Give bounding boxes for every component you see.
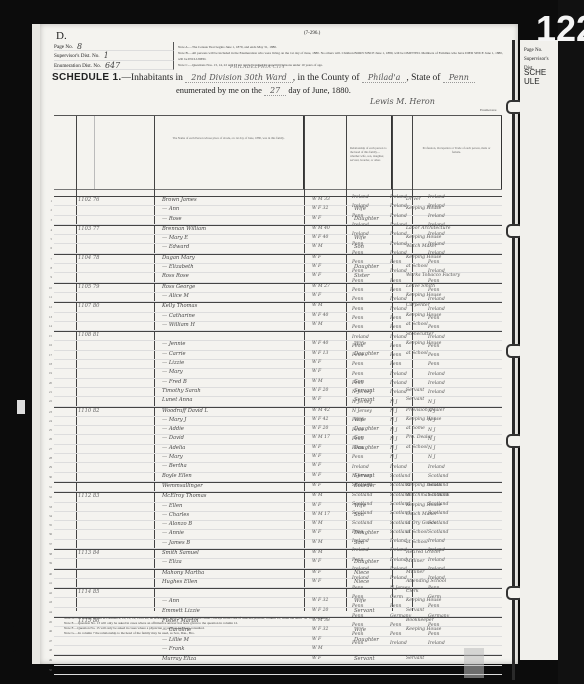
occupation: at School: [406, 322, 428, 327]
line-number: 29: [44, 465, 52, 469]
personal-description: W M: [312, 493, 323, 498]
birthplace: Penn: [352, 604, 364, 609]
father-birthplace: Ireland: [390, 232, 407, 237]
person-name: — Catharine: [162, 313, 195, 319]
line-number: 28: [44, 456, 52, 460]
father-birthplace: Ireland: [390, 372, 407, 377]
person-name: — Frank: [162, 646, 185, 652]
line-number: 41: [44, 581, 52, 585]
form-number: (7-296.): [304, 31, 320, 36]
scan-tag: [17, 400, 25, 414]
enumerated-label: enumerated by me on the: [176, 85, 262, 95]
line-number: 9: [44, 275, 52, 279]
person-name: — Ann: [162, 598, 179, 604]
person-name: — Ann: [162, 206, 179, 212]
mother-birthplace: Ireland: [428, 251, 445, 256]
occupation: at home: [406, 426, 425, 431]
schedule-line: SCHEDULE 1.—Inhabitants in 2nd Division …: [52, 72, 512, 83]
mother-birthplace: Ireland: [428, 195, 445, 200]
occupation: Keeping House: [406, 417, 441, 422]
occupation: Driver: [406, 197, 421, 202]
person-name: Boyle Ellen: [162, 473, 192, 479]
birthplace: Scotland: [352, 511, 372, 516]
birthplace: Ireland: [352, 195, 369, 200]
archive-stamp: [464, 648, 484, 678]
occupation: Servant: [406, 388, 424, 393]
person-name: — Edward: [162, 244, 189, 250]
person-name: McElroy Thomas: [162, 493, 206, 499]
line-number: 36: [44, 532, 52, 536]
birthplace: Penn: [352, 418, 364, 423]
line-number: 24: [44, 419, 52, 423]
birthplace: Penn: [352, 214, 364, 219]
person-name: Mahony Martha: [162, 570, 204, 576]
person-name: — Mary: [162, 369, 183, 375]
father-birthplace: Penn: [390, 623, 402, 628]
person-name: — Addie: [162, 426, 184, 432]
person-name: Murray Eliza: [162, 656, 196, 662]
line-number: 49: [44, 658, 52, 662]
mother-birthplace: Scotland: [428, 493, 448, 498]
dwelling-number: 1114 85: [78, 589, 99, 595]
father-birthplace: Ireland: [390, 223, 407, 228]
personal-description: W F: [312, 530, 321, 535]
birthplace: Scotland: [352, 502, 372, 507]
page-no-label: Page No.: [54, 42, 73, 50]
enumeration-date-line: enumerated by me on the 27 day of June, …: [176, 85, 351, 95]
col-occupation-header: Profession, Occupation or Trade of each …: [412, 116, 502, 189]
person-name: — William H: [162, 322, 195, 328]
person-name: — David: [162, 435, 184, 441]
census-page: D. (7-296.) Page No. 8 Supervisor's Dist…: [40, 24, 518, 664]
scan-smudge: [0, 626, 22, 652]
person-name: Ross George: [162, 284, 195, 290]
father-birthplace: Ireland: [390, 576, 407, 581]
father-birthplace: N J: [390, 446, 397, 451]
birthplace: Penn: [352, 344, 364, 349]
birthplace: Penn: [352, 632, 364, 637]
mother-birthplace: Ireland: [428, 641, 445, 646]
personal-description: W F 20: [312, 426, 328, 431]
personal-description: W F 40: [312, 313, 328, 318]
personal-description: W F: [312, 503, 321, 508]
birthplace: N Jersey: [352, 474, 372, 479]
personal-description: W F 32: [312, 598, 328, 603]
mother-birthplace: Penn: [428, 586, 440, 591]
father-birthplace: Ireland: [390, 548, 407, 553]
enumerator-label: Enumerator.: [480, 108, 497, 112]
birthplace: Scotland: [352, 493, 372, 498]
personal-description: W M: [312, 521, 323, 526]
col-relationship-header: Relationship of each person to the head …: [346, 116, 392, 189]
personal-description: W M 17: [312, 512, 330, 517]
father-birthplace: Scotland: [390, 483, 410, 488]
birthplace: Penn: [352, 530, 364, 535]
line-number: 43: [44, 600, 52, 604]
mother-birthplace: Ireland: [428, 297, 445, 302]
father-birthplace: Germany: [390, 614, 411, 619]
supervisor-value: 1: [104, 51, 109, 59]
birthplace: Penn: [352, 641, 364, 646]
mother-birthplace: Scotland: [428, 530, 448, 535]
line-number: 7: [44, 257, 52, 261]
personal-description: W F: [312, 293, 321, 298]
birthplace: Penn: [352, 307, 364, 312]
personal-description: W F 40: [312, 235, 328, 240]
birthplace: Ireland: [352, 335, 369, 340]
father-birthplace: Ireland: [390, 335, 407, 340]
line-number: 48: [44, 648, 52, 652]
person-name: — Charles: [162, 512, 189, 518]
mother-birthplace: Scotland: [428, 502, 448, 507]
mother-birthplace: N J: [428, 428, 435, 433]
dwelling-number: 1108 81: [78, 332, 99, 338]
personal-description: W M 40: [312, 226, 330, 231]
mother-birthplace: Penn: [428, 623, 440, 628]
father-birthplace: Ireland: [390, 381, 407, 386]
birthplace: Ireland: [352, 539, 369, 544]
birthplace: Scotland: [352, 521, 372, 526]
personal-description: W M: [312, 322, 323, 327]
birthplace: Penn: [352, 353, 364, 358]
mother-birthplace: Germ: [428, 595, 441, 600]
birthplace: Penn: [352, 288, 364, 293]
personal-description: W F: [312, 360, 321, 365]
birthplace: Ireland: [352, 232, 369, 237]
line-number: 14: [44, 324, 52, 328]
line-number: 25: [44, 428, 52, 432]
note-b: Note B.—All persons will be included in …: [178, 50, 508, 62]
mother-birthplace: Ireland: [428, 567, 445, 572]
state-label: , State of: [406, 73, 440, 83]
mother-birthplace: Ireland: [428, 335, 445, 340]
personal-description: W M: [312, 303, 323, 308]
person-name: — Elizabeth: [162, 264, 194, 270]
col-name-header: The Name of each Person whose place of a…: [154, 116, 304, 189]
father-birthplace: Penn: [390, 604, 402, 609]
occupation: Servant: [406, 656, 424, 661]
father-birthplace: N J: [390, 400, 397, 405]
page-no-value: 8: [77, 42, 82, 50]
person-name: Ross Rose: [162, 273, 189, 279]
mother-birthplace: Ireland: [428, 242, 445, 247]
person-name: — Ellen: [162, 503, 182, 509]
line-number: 10: [44, 286, 52, 290]
schedule-title: SCHEDULE 1.: [52, 72, 121, 83]
father-birthplace: Penn: [390, 260, 402, 265]
personal-description: W M 27: [312, 284, 330, 289]
mother-birthplace: Ireland: [428, 390, 445, 395]
enumerator-signature: Lewis M. Heron: [370, 97, 435, 106]
occupation: at School: [406, 540, 428, 545]
father-birthplace: N J: [390, 437, 397, 442]
birthplace: Penn: [352, 325, 364, 330]
father-birthplace: Ireland: [390, 641, 407, 646]
line-number: 42: [44, 591, 52, 595]
enumeration-label: Enumeration Dist. No.: [54, 61, 101, 69]
line-number: 27: [44, 447, 52, 451]
person-name: Kelly Thomas: [162, 303, 197, 309]
line-number: 13: [44, 315, 52, 319]
father-birthplace: Ireland: [390, 465, 407, 470]
dwelling-number: 1103 77: [78, 226, 99, 232]
enumeration-value: 647: [105, 61, 120, 69]
birthplace: Penn: [352, 595, 364, 600]
personal-description: W M: [312, 540, 323, 545]
mother-birthplace: Ireland: [428, 548, 445, 553]
mother-birthplace: N J: [428, 418, 435, 423]
father-birthplace: Penn: [390, 288, 402, 293]
dwelling-number: 1105 79: [78, 284, 99, 290]
mother-birthplace: N J: [428, 400, 435, 405]
supervisor-row: Supervisor's Dist. No. 1: [54, 51, 174, 60]
line-number: 19: [44, 371, 52, 375]
personal-description: W F: [312, 369, 321, 374]
line-number: 1: [44, 199, 52, 203]
line-number: 21: [44, 390, 52, 394]
birthplace: N Jersey: [352, 409, 372, 414]
dwelling-number: 1102 76: [78, 197, 99, 203]
personal-description: W M 17: [312, 435, 330, 440]
personal-description: W M: [312, 379, 323, 384]
binding-line: [512, 40, 515, 680]
personal-description: W F: [312, 255, 321, 260]
occupation: at School: [406, 351, 428, 356]
father-birthplace: Ireland: [390, 558, 407, 563]
person-name: Brown James: [162, 197, 197, 203]
personal-description: W F: [312, 637, 321, 642]
person-name: — Annie: [162, 530, 184, 536]
occupation: Milliner: [406, 570, 424, 575]
enumeration-row: Enumeration Dist. No. 647: [54, 61, 174, 70]
page-stamp-value: 122: [536, 8, 584, 50]
line-number: 46: [44, 629, 52, 633]
birthplace: Penn: [352, 279, 364, 284]
line-number: 11: [44, 295, 52, 299]
father-birthplace: Germ: [390, 595, 403, 600]
birthplace: Ireland: [352, 576, 369, 581]
father-birthplace: Ireland: [390, 390, 407, 395]
line-number: 45: [44, 620, 52, 624]
person-name: Dugan Mary: [162, 255, 195, 261]
dwelling-number: 1104 78: [78, 255, 99, 261]
person-name: Hughes Ellen: [162, 579, 197, 585]
father-birthplace: Scotland: [390, 502, 410, 507]
birthplace: Penn: [352, 372, 364, 377]
father-birthplace: Penn: [390, 316, 402, 321]
father-birthplace: Penn: [390, 325, 402, 330]
person-name: Wemmsallinger: [162, 483, 203, 489]
birthplace: Ireland: [352, 204, 369, 209]
father-birthplace: Scotland: [390, 511, 410, 516]
personal-description: W F: [312, 273, 321, 278]
occupation: Provision Dealer: [406, 408, 445, 413]
personal-description: W F: [312, 463, 321, 468]
line-number: 32: [44, 495, 52, 499]
birthplace: Penn: [352, 558, 364, 563]
mother-birthplace: Scotland: [428, 483, 448, 488]
personal-description: W F: [312, 264, 321, 269]
father-birthplace: Ireland: [390, 242, 407, 247]
line-number: 12: [44, 305, 52, 309]
personal-description: W F: [312, 216, 321, 221]
birthplace: Penn: [352, 455, 364, 460]
supervisor-label: Supervisor's Dist. No.: [54, 51, 100, 59]
father-birthplace: Ireland: [390, 269, 407, 274]
col-family: [76, 116, 95, 189]
county-label: , in the County of: [293, 73, 360, 83]
birthplace: Penn: [352, 437, 364, 442]
header-notes: Note A.—The Census Year begins June 1, 1…: [178, 44, 508, 68]
line-number: 18: [44, 362, 52, 366]
line-number: 5: [44, 237, 52, 241]
person-name: — Alonzo B: [162, 521, 192, 527]
person-name: — Bertha: [162, 463, 187, 469]
personal-description: W F: [312, 579, 321, 584]
line-number: 40: [44, 572, 52, 576]
father-birthplace: Scotland: [390, 521, 410, 526]
scan-border-right: [558, 0, 584, 684]
line-number: 34: [44, 514, 52, 518]
personal-description: W F 42: [312, 417, 328, 422]
mother-birthplace: Penn: [428, 260, 440, 265]
dwelling-number: 1107 80: [78, 303, 99, 309]
mother-birthplace: Penn: [428, 288, 440, 293]
father-birthplace: Ireland: [390, 307, 407, 312]
person-name: Emmett Lizzie: [162, 608, 200, 614]
line-number: 6: [44, 246, 52, 250]
personal-description: W F: [312, 656, 321, 661]
next-page-preview: Page No. Supervisor's Dist. SCHE ULE: [520, 40, 558, 660]
state-value: Penn: [443, 73, 475, 83]
line-number: 23: [44, 410, 52, 414]
father-birthplace: Scotland: [390, 493, 410, 498]
father-birthplace: Penn: [390, 362, 402, 367]
note-c: Note C.—Questions Nos. 13, 14, 22 and 23…: [178, 62, 508, 68]
page-no-row: Page No. 8: [54, 42, 174, 51]
mother-birthplace: Scotland: [428, 521, 448, 526]
line-number: 3: [44, 218, 52, 222]
mother-birthplace: Ireland: [428, 576, 445, 581]
line-number: 8: [44, 266, 52, 270]
birthplace: Penn: [352, 446, 364, 451]
line-number: 15: [44, 334, 52, 338]
birthplace: Penn: [352, 316, 364, 321]
personal-description: W M 42: [312, 408, 330, 413]
birthplace: Penn: [352, 251, 364, 256]
dwelling-number: 1112 83: [78, 493, 99, 499]
relationship: Servant: [354, 656, 375, 662]
father-birthplace: Ireland: [390, 251, 407, 256]
birthplace: Penn: [352, 428, 364, 433]
father-birthplace: N J: [390, 428, 397, 433]
city-annotation: PHILADELPHIA CITY: [230, 65, 285, 70]
occupation: Carpenter: [406, 303, 430, 308]
person-name: — Mary J: [162, 417, 186, 423]
mother-birthplace: Ireland: [428, 539, 445, 544]
father-birthplace: Penn: [390, 344, 402, 349]
mother-birthplace: Scotland: [428, 474, 448, 479]
person-name: — Eliza: [162, 559, 182, 565]
birthplace: Penn: [352, 242, 364, 247]
table-row: 50: [54, 666, 502, 675]
personal-description: W F: [312, 559, 321, 564]
mother-birthplace: Penn: [428, 316, 440, 321]
page-stamp-number: 122: [536, 8, 584, 50]
birthplace: Ireland: [352, 223, 369, 228]
personal-description: W F: [312, 483, 321, 488]
mother-birthplace: Ireland: [428, 204, 445, 209]
dwelling-number: 1110 82: [78, 408, 99, 414]
line-number: 47: [44, 639, 52, 643]
line-number: 50: [44, 668, 52, 672]
personal-description: W M: [312, 244, 323, 249]
person-name: — Jennie: [162, 341, 185, 347]
line-number: 44: [44, 610, 52, 614]
personal-description: W F 13: [312, 351, 328, 356]
father-birthplace: Scotland: [390, 530, 410, 535]
father-birthplace: Penn: [390, 279, 402, 284]
line-number: 30: [44, 475, 52, 479]
birthplace: Penn: [352, 362, 364, 367]
occupation: at School: [406, 445, 428, 450]
dwelling-number: 1113 84: [78, 550, 99, 556]
line-number: 22: [44, 399, 52, 403]
mother-birthplace: Scotland: [428, 511, 448, 516]
person-name: Lunet Anna: [162, 397, 192, 403]
birthplace: Penn: [352, 381, 364, 386]
father-birthplace: Ireland: [390, 214, 407, 219]
day-label: day of June, 1880.: [288, 85, 351, 95]
mother-birthplace: Ireland: [428, 269, 445, 274]
person-name: — Alice M: [162, 293, 189, 299]
occupation: Milliner: [406, 559, 424, 564]
mother-birthplace: Penn: [428, 604, 440, 609]
corner-letter: D.: [56, 30, 67, 42]
personal-description: W M: [312, 646, 323, 651]
mother-birthplace: Ireland: [428, 232, 445, 237]
mother-birthplace: Penn: [428, 325, 440, 330]
birthplace: Penn: [352, 260, 364, 265]
line-number: 39: [44, 561, 52, 565]
mother-birthplace: Penn: [428, 362, 440, 367]
person-name: Woodruff David L: [162, 408, 208, 414]
mother-birthplace: Ireland: [428, 307, 445, 312]
birthplace: Ireland: [352, 465, 369, 470]
line-number: 26: [44, 437, 52, 441]
father-birthplace: N J: [390, 455, 397, 460]
birthplace: Ireland: [352, 548, 369, 553]
mother-birthplace: Penn: [428, 632, 440, 637]
personal-description: W F: [312, 570, 321, 575]
line-number: 4: [44, 228, 52, 232]
mother-birthplace: Penn: [428, 344, 440, 349]
mother-birthplace: Ireland: [428, 372, 445, 377]
personal-description: W F 20: [312, 608, 328, 613]
personal-description: W F: [312, 473, 321, 478]
person-name: — Mary E: [162, 235, 188, 241]
enumeration-day: 27: [264, 86, 286, 96]
line-number: 37: [44, 542, 52, 546]
mother-birthplace: Ireland: [428, 214, 445, 219]
father-birthplace: Ireland: [390, 195, 407, 200]
father-birthplace: Ireland: [390, 539, 407, 544]
father-birthplace: N J: [390, 409, 397, 414]
mother-birthplace: N J: [428, 409, 435, 414]
person-name: — Lizzie: [162, 360, 184, 366]
schedule-text: —Inhabitants in: [121, 73, 182, 83]
occupation: Servant: [406, 608, 424, 613]
